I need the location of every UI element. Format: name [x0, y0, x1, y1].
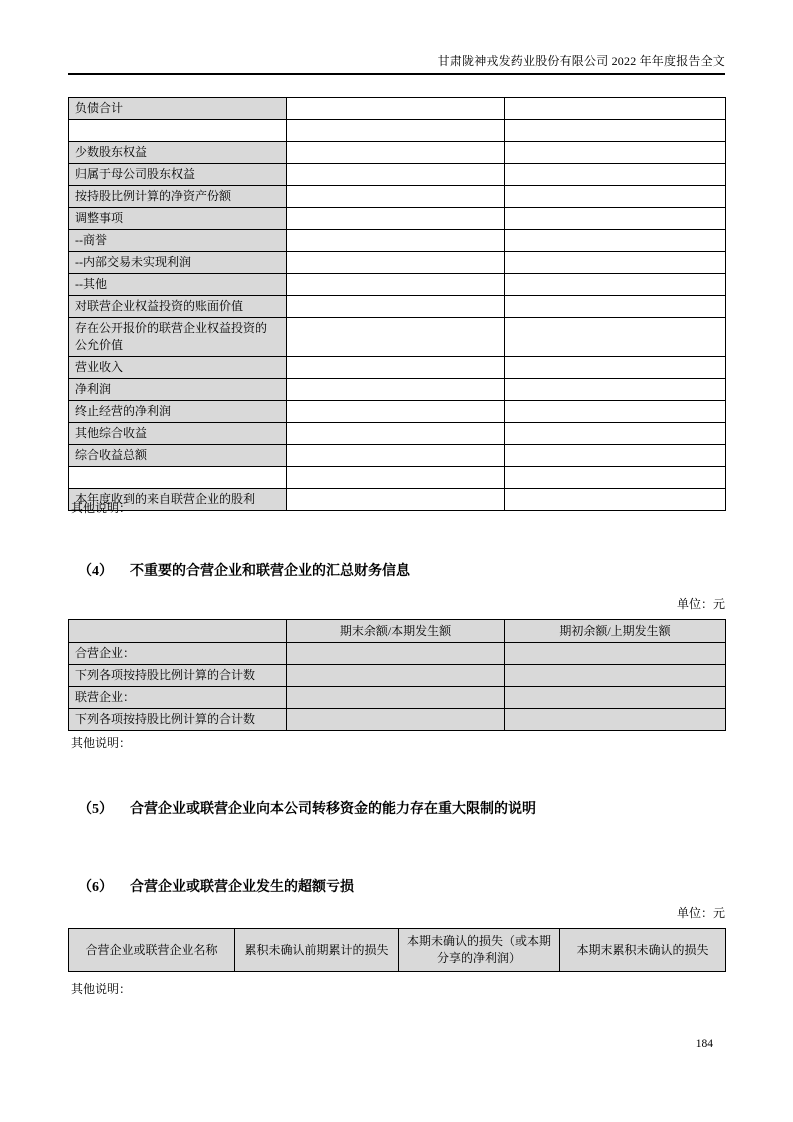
table-row: --内部交易未实现利润	[69, 252, 726, 274]
value-cell	[505, 401, 726, 423]
table-row: --其他	[69, 274, 726, 296]
unit-label-2: 单位：元	[68, 904, 725, 921]
table-row: 其他综合收益	[69, 423, 726, 445]
row-label-cell: 下列各项按持股比例计算的合计数	[69, 709, 287, 731]
table-row: 终止经营的净利润	[69, 401, 726, 423]
row-label-cell	[69, 120, 287, 142]
value-cell	[505, 208, 726, 230]
value-cell	[505, 423, 726, 445]
value-cell	[287, 643, 505, 665]
value-cell	[505, 120, 726, 142]
value-cell	[287, 186, 505, 208]
other-note-2: 其他说明：	[71, 734, 131, 751]
section-4-number: （4）	[78, 560, 113, 580]
row-label-cell: 综合收益总额	[69, 445, 287, 467]
column-header-empty	[69, 620, 287, 643]
section-5-heading: （5）合营企业或联营企业向本公司转移资金的能力存在重大限制的说明	[78, 798, 536, 818]
table-header-row: 合营企业或联营企业名称 累积未确认前期累计的损失 本期未确认的损失（或本期分享的…	[69, 929, 726, 972]
row-label-cell: 下列各项按持股比例计算的合计数	[69, 665, 287, 687]
value-cell	[287, 120, 505, 142]
section-5-title: 合营企业或联营企业向本公司转移资金的能力存在重大限制的说明	[130, 802, 536, 817]
table-row: 合营企业：	[69, 643, 726, 665]
table-row: --商誉	[69, 230, 726, 252]
table-row: 营业收入	[69, 357, 726, 379]
value-cell	[505, 379, 726, 401]
section-6-number: （6）	[78, 876, 113, 896]
table-row: 联营企业：	[69, 687, 726, 709]
table-row: 负债合计	[69, 98, 726, 120]
section-6-title: 合营企业或联营企业发生的超额亏损	[130, 880, 354, 895]
value-cell	[505, 274, 726, 296]
value-cell	[505, 357, 726, 379]
value-cell	[505, 230, 726, 252]
value-cell	[505, 489, 726, 511]
value-cell	[287, 164, 505, 186]
value-cell	[287, 142, 505, 164]
table-row	[69, 467, 726, 489]
row-label-cell: 负债合计	[69, 98, 287, 120]
value-cell	[505, 252, 726, 274]
table-row: 对联营企业权益投资的账面价值	[69, 296, 726, 318]
table-row: 下列各项按持股比例计算的合计数	[69, 709, 726, 731]
value-cell	[287, 252, 505, 274]
section-5-number: （5）	[78, 798, 113, 818]
row-label-cell: 按持股比例计算的净资产份额	[69, 186, 287, 208]
table-row	[69, 120, 726, 142]
value-cell	[287, 296, 505, 318]
value-cell	[505, 186, 726, 208]
row-label-cell: 联营企业：	[69, 687, 287, 709]
value-cell	[287, 687, 505, 709]
row-label-cell: 营业收入	[69, 357, 287, 379]
row-label-cell	[69, 467, 287, 489]
column-header-name: 合营企业或联营企业名称	[69, 929, 235, 972]
row-label-cell: 终止经营的净利润	[69, 401, 287, 423]
table-row: 归属于母公司股东权益	[69, 164, 726, 186]
value-cell	[287, 709, 505, 731]
row-label-cell: 其他综合收益	[69, 423, 287, 445]
table-row: 少数股东权益	[69, 142, 726, 164]
column-header-current-unrecognized: 本期未确认的损失（或本期分享的净利润）	[399, 929, 560, 972]
document-page: 甘肃陇神戎发药业股份有限公司 2022 年年度报告全文 负债合计 少数股东权益 …	[0, 0, 793, 1122]
table-row: 本年度收到的来自联营企业的股利	[69, 489, 726, 511]
value-cell	[505, 164, 726, 186]
value-cell	[287, 423, 505, 445]
column-header-closing: 期末余额/本期发生额	[287, 620, 505, 643]
row-label-cell: --内部交易未实现利润	[69, 252, 287, 274]
value-cell	[287, 274, 505, 296]
unit-label-1: 单位：元	[68, 595, 725, 612]
row-label-cell: 归属于母公司股东权益	[69, 164, 287, 186]
value-cell	[505, 445, 726, 467]
table-row: 综合收益总额	[69, 445, 726, 467]
other-note-1: 其他说明：	[71, 499, 131, 516]
header-rule	[68, 73, 725, 75]
row-label-cell: 合营企业：	[69, 643, 287, 665]
value-cell	[505, 687, 726, 709]
value-cell	[505, 142, 726, 164]
value-cell	[505, 296, 726, 318]
excess-loss-table: 合营企业或联营企业名称 累积未确认前期累计的损失 本期未确认的损失（或本期分享的…	[68, 928, 726, 972]
row-label-cell: 少数股东权益	[69, 142, 287, 164]
aggregate-table: 期末余额/本期发生额 期初余额/上期发生额 合营企业： 下列各项按持股比例计算的…	[68, 619, 726, 731]
section-4-title: 不重要的合营企业和联营企业的汇总财务信息	[130, 564, 410, 579]
value-cell	[287, 401, 505, 423]
value-cell	[287, 445, 505, 467]
value-cell	[287, 357, 505, 379]
value-cell	[287, 318, 505, 357]
other-note-3: 其他说明：	[71, 980, 131, 997]
value-cell	[287, 379, 505, 401]
value-cell	[505, 467, 726, 489]
row-label-cell: 对联营企业权益投资的账面价值	[69, 296, 287, 318]
value-cell	[505, 709, 726, 731]
table-row: 按持股比例计算的净资产份额	[69, 186, 726, 208]
page-header-title: 甘肃陇神戎发药业股份有限公司 2022 年年度报告全文	[68, 52, 725, 69]
row-label-cell: 净利润	[69, 379, 287, 401]
value-cell	[287, 489, 505, 511]
section-4-heading: （4）不重要的合营企业和联营企业的汇总财务信息	[78, 560, 410, 580]
column-header-opening: 期初余额/上期发生额	[505, 620, 726, 643]
value-cell	[505, 665, 726, 687]
row-label-cell: --其他	[69, 274, 287, 296]
column-header-cumulative-unrecognized: 本期末累积未确认的损失	[560, 929, 726, 972]
summary-financial-table: 负债合计 少数股东权益 归属于母公司股东权益 按持股比例计算的净资产份额 调整事…	[68, 97, 726, 511]
table-row: 下列各项按持股比例计算的合计数	[69, 665, 726, 687]
value-cell	[287, 98, 505, 120]
value-cell	[287, 230, 505, 252]
table-row: 净利润	[69, 379, 726, 401]
column-header-prior-unrecognized: 累积未确认前期累计的损失	[235, 929, 399, 972]
row-label-cell: 调整事项	[69, 208, 287, 230]
value-cell	[505, 318, 726, 357]
value-cell	[287, 208, 505, 230]
table-row: 调整事项	[69, 208, 726, 230]
table-header-row: 期末余额/本期发生额 期初余额/上期发生额	[69, 620, 726, 643]
value-cell	[287, 467, 505, 489]
value-cell	[505, 643, 726, 665]
row-label-cell: 存在公开报价的联营企业权益投资的公允价值	[69, 318, 287, 357]
section-6-heading: （6）合营企业或联营企业发生的超额亏损	[78, 876, 354, 896]
value-cell	[287, 665, 505, 687]
row-label-cell: --商誉	[69, 230, 287, 252]
page-number: 184	[68, 1038, 713, 1050]
table-row: 存在公开报价的联营企业权益投资的公允价值	[69, 318, 726, 357]
value-cell	[505, 98, 726, 120]
